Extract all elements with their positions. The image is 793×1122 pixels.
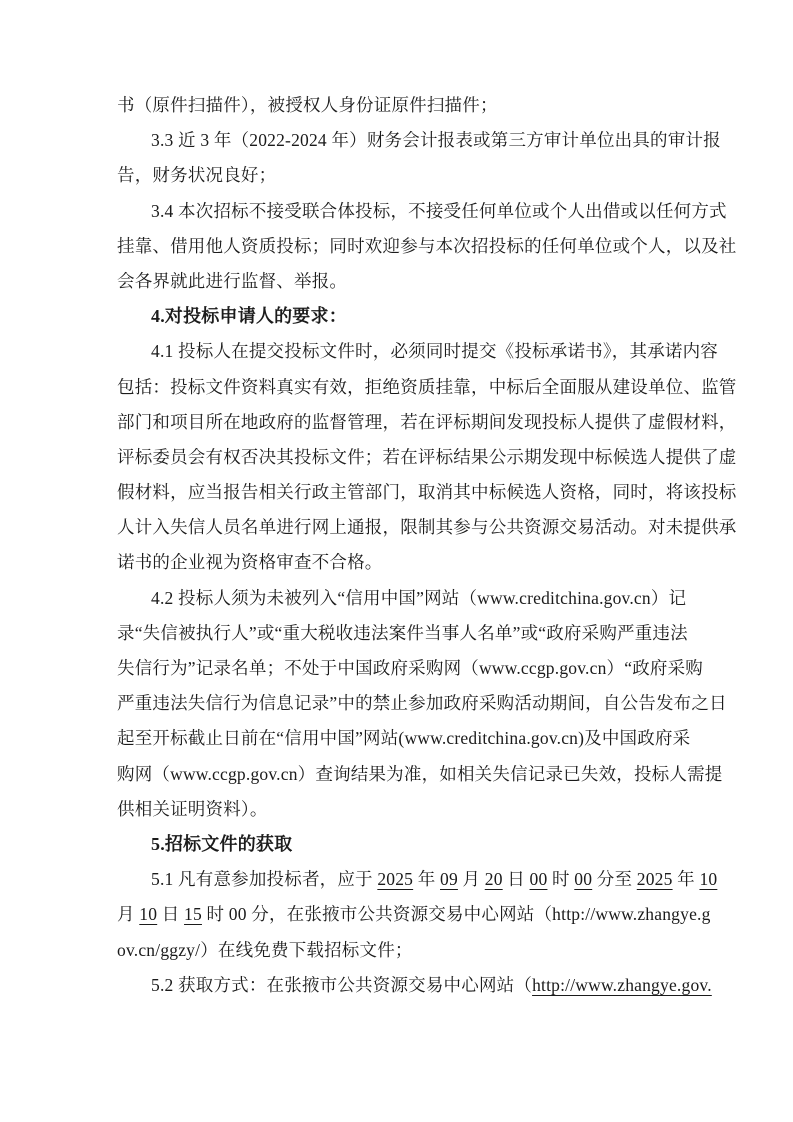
text-segment: ov.cn/ggzy/）在线免费下载招标文件； [117, 940, 413, 960]
text-line: 假材料，应当报告相关行政主管部门，取消其中标候选人资格，同时，将该投标 [117, 475, 681, 510]
text-segment: 部门和项目所在地政府的监督管理，若在评标期间发现投标人提供了虚假材料， [117, 412, 737, 432]
text-segment: 挂靠、借用他人资质投标；同时欢迎参与本次招投标的任何单位或个人，以及社 [117, 236, 737, 256]
text-segment: 假材料，应当报告相关行政主管部门，取消其中标候选人资格，同时，将该投标 [117, 482, 737, 502]
text-line: 4.1 投标人在提交投标文件时，必须同时提交《投标承诺书》，其承诺内容 [117, 334, 681, 369]
text-segment: 年 [413, 869, 440, 889]
text-segment: 5.1 凡有意参加投标者，应于 [151, 869, 377, 889]
text-line: 3.4 本次招标不接受联合体投标，不接受任何单位或个人出借或以任何方式 [117, 194, 681, 229]
document-page: 书（原件扫描件），被授权人身份证原件扫描件；3.3 近 3 年（2022-202… [0, 0, 793, 1122]
text-segment: 失信行为”记录名单；不处于中国政府采购网（www.ccgp.gov.cn）“政府… [117, 658, 703, 678]
text-line: 挂靠、借用他人资质投标；同时欢迎参与本次招投标的任何单位或个人，以及社 [117, 229, 681, 264]
text-segment: 月 [458, 869, 485, 889]
underlined-text: 00 [530, 869, 548, 889]
text-segment: 日 [157, 904, 184, 924]
text-segment: 年 [673, 869, 700, 889]
text-segment: 会各界就此进行监督、举报。 [117, 271, 347, 291]
text-segment: 4.2 投标人须为未被列入“信用中国”网站（www.creditchina.go… [151, 588, 686, 608]
text-segment: 时 [547, 869, 574, 889]
text-segment: 评标委员会有权否决其投标文件；若在评标结果公示期发现中标候选人提供了虚 [117, 447, 737, 467]
text-segment: 录“失信被执行人”或“重大税收违法案件当事人名单”或“政府采购严重违法 [117, 623, 688, 643]
underlined-text: 2025 [377, 869, 413, 889]
text-segment: 4.1 投标人在提交投标文件时，必须同时提交《投标承诺书》，其承诺内容 [151, 341, 718, 361]
text-line: 3.3 近 3 年（2022-2024 年）财务会计报表或第三方审计单位出具的审… [117, 123, 681, 158]
text-line: 月 10 日 15 时 00 分，在张掖市公共资源交易中心网站（http://w… [117, 897, 681, 932]
text-segment: 诺书的企业视为资格审查不合格。 [117, 552, 383, 572]
text-line: 会各界就此进行监督、举报。 [117, 264, 681, 299]
underlined-text: 15 [184, 904, 202, 924]
underlined-text: 10 [699, 869, 717, 889]
text-segment: 起至开标截止日前在“信用中国”网站(www.creditchina.gov.cn… [117, 728, 690, 748]
text-line: 告，财务状况良好； [117, 158, 681, 193]
text-segment: 4.对投标申请人的要求： [151, 306, 347, 326]
document-body: 书（原件扫描件），被授权人身份证原件扫描件；3.3 近 3 年（2022-202… [117, 88, 681, 1003]
text-line: 书（原件扫描件），被授权人身份证原件扫描件； [117, 88, 681, 123]
text-line: ov.cn/ggzy/）在线免费下载招标文件； [117, 933, 681, 968]
text-line: 5.2 获取方式：在张掖市公共资源交易中心网站（http://www.zhang… [117, 968, 681, 1003]
underlined-text: 09 [440, 869, 458, 889]
text-line: 部门和项目所在地政府的监督管理，若在评标期间发现投标人提供了虚假材料， [117, 405, 681, 440]
text-segment: 书（原件扫描件），被授权人身份证原件扫描件； [117, 95, 498, 115]
text-segment: 告，财务状况良好； [117, 165, 276, 185]
text-segment: 日 [503, 869, 530, 889]
link-text[interactable]: http://www.zhangye.gov. [532, 975, 712, 995]
text-segment: 3.3 近 3 年（2022-2024 年）财务会计报表或第三方审计单位出具的审… [151, 130, 721, 150]
underlined-text: 20 [485, 869, 503, 889]
text-segment: 5.2 获取方式：在张掖市公共资源交易中心网站（ [151, 975, 532, 995]
text-line: 起至开标截止日前在“信用中国”网站(www.creditchina.gov.cn… [117, 721, 681, 756]
text-segment: 月 [117, 904, 139, 924]
text-line: 5.1 凡有意参加投标者，应于 2025 年 09 月 20 日 00 时 00… [117, 862, 681, 897]
text-segment: 供相关证明资料）。 [117, 799, 268, 819]
text-line: 评标委员会有权否决其投标文件；若在评标结果公示期发现中标候选人提供了虚 [117, 440, 681, 475]
text-line: 包括：投标文件资料真实有效，拒绝资质挂靠，中标后全面服从建设单位、监管 [117, 370, 681, 405]
underlined-text: 2025 [637, 869, 673, 889]
text-segment: 严重违法失信行为信息记录”中的禁止参加政府采购活动期间，自公告发布之日 [117, 693, 727, 713]
text-line: 失信行为”记录名单；不处于中国政府采购网（www.ccgp.gov.cn）“政府… [117, 651, 681, 686]
text-line: 4.2 投标人须为未被列入“信用中国”网站（www.creditchina.go… [117, 581, 681, 616]
text-segment: 分至 [592, 869, 637, 889]
text-line: 购网（www.ccgp.gov.cn）查询结果为准，如相关失信记录已失效，投标人… [117, 757, 681, 792]
text-line: 诺书的企业视为资格审查不合格。 [117, 545, 681, 580]
section-heading: 5.招标文件的获取 [117, 827, 681, 862]
text-segment: 时 00 分，在张掖市公共资源交易中心网站（http://www.zhangye… [202, 904, 711, 924]
text-segment: 人计入失信人员名单进行网上通报，限制其参与公共资源交易活动。对未提供承 [117, 517, 737, 537]
underlined-text: 10 [139, 904, 157, 924]
text-line: 录“失信被执行人”或“重大税收违法案件当事人名单”或“政府采购严重违法 [117, 616, 681, 651]
text-line: 人计入失信人员名单进行网上通报，限制其参与公共资源交易活动。对未提供承 [117, 510, 681, 545]
text-segment: 购网（www.ccgp.gov.cn）查询结果为准，如相关失信记录已失效，投标人… [117, 764, 722, 784]
text-segment: 5.招标文件的获取 [151, 834, 292, 854]
section-heading: 4.对投标申请人的要求： [117, 299, 681, 334]
underlined-text: 00 [574, 869, 592, 889]
text-segment: 3.4 本次招标不接受联合体投标，不接受任何单位或个人出借或以任何方式 [151, 201, 727, 221]
text-segment: 包括：投标文件资料真实有效，拒绝资质挂靠，中标后全面服从建设单位、监管 [117, 377, 737, 397]
text-line: 严重违法失信行为信息记录”中的禁止参加政府采购活动期间，自公告发布之日 [117, 686, 681, 721]
text-line: 供相关证明资料）。 [117, 792, 681, 827]
